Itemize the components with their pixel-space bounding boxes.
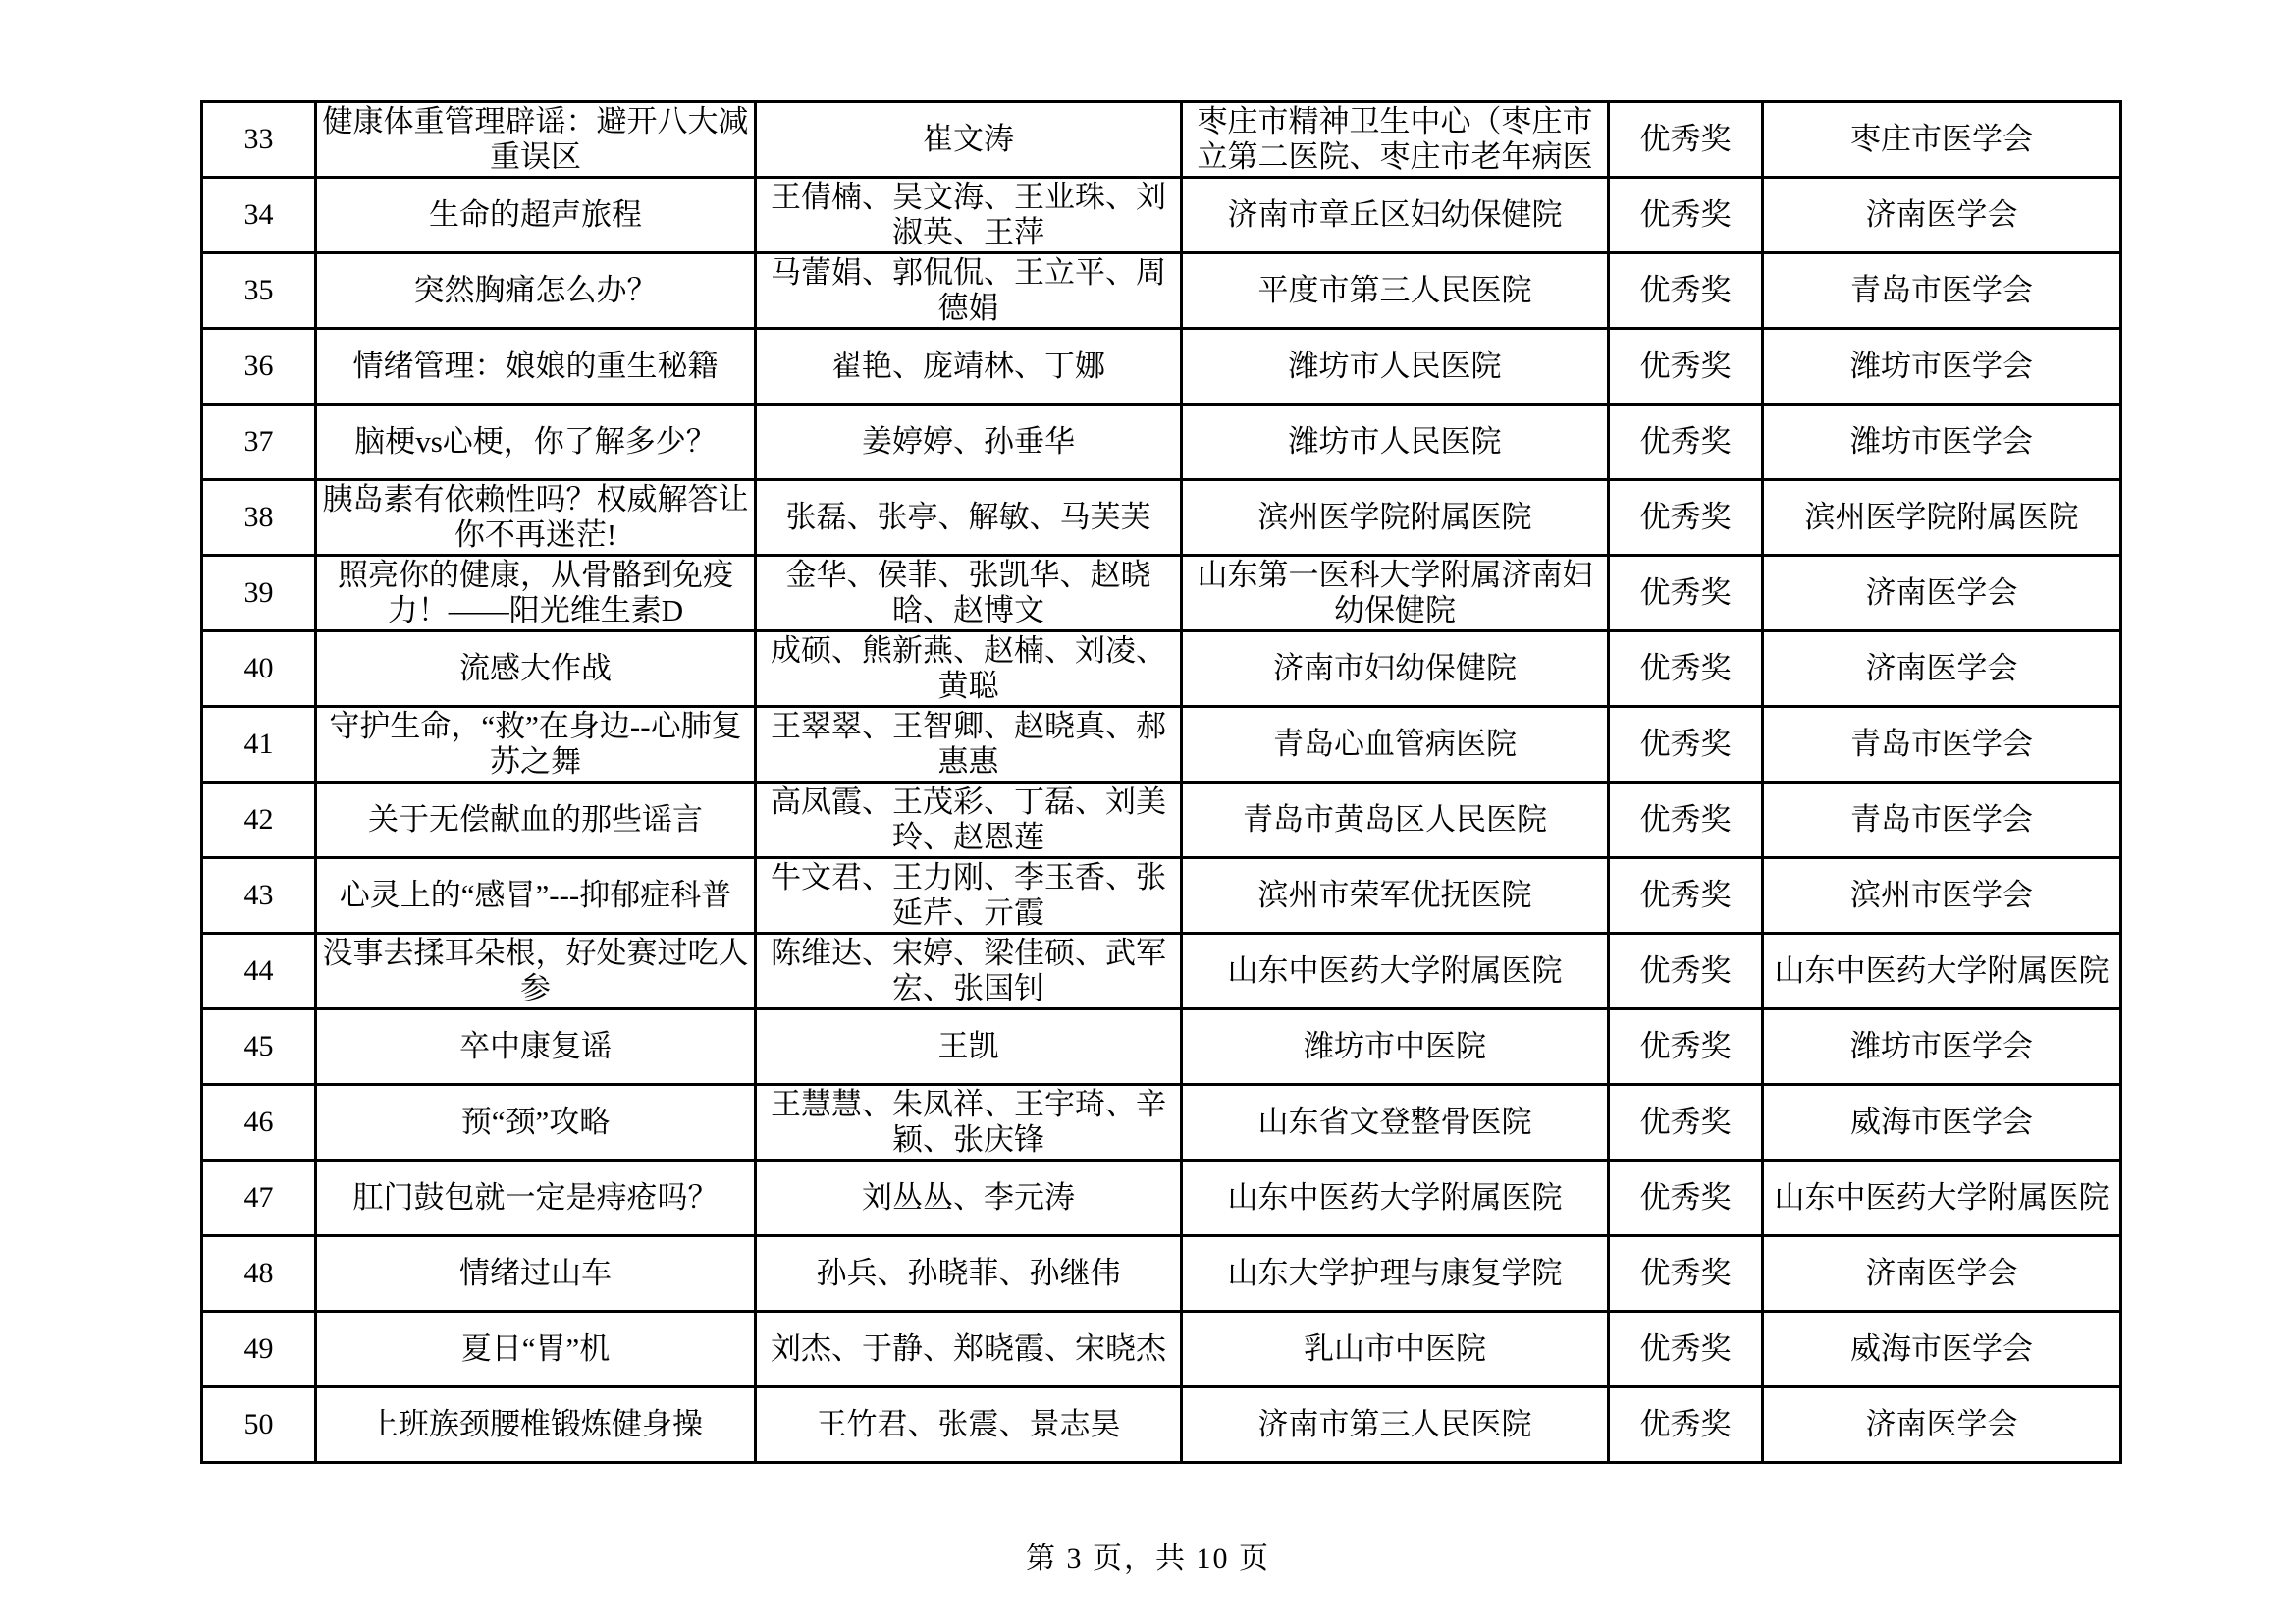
cell-authors: 崔文涛	[756, 102, 1182, 178]
cell-number: 39	[202, 556, 316, 631]
cell-unit: 济南市第三人民医院	[1182, 1387, 1609, 1463]
cell-recommender: 青岛市医学会	[1763, 253, 2121, 329]
cell-unit: 潍坊市人民医院	[1182, 329, 1609, 405]
table-row: 39照亮你的健康，从骨骼到免疫力！——阳光维生素D金华、侯菲、张凯华、赵晓晗、赵…	[202, 556, 2121, 631]
cell-recommender: 潍坊市医学会	[1763, 329, 2121, 405]
cell-recommender-text: 济南医学会	[1768, 197, 2115, 233]
cell-authors-text: 马蕾娟、郭侃侃、王立平、周德娟	[761, 255, 1176, 326]
cell-unit-text: 潍坊市人民医院	[1187, 424, 1603, 460]
cell-number-text: 41	[207, 727, 310, 762]
cell-authors-text: 成硕、熊新燕、赵楠、刘凌、黄聪	[761, 633, 1176, 704]
cell-authors: 王竹君、张震、景志昊	[756, 1387, 1182, 1463]
cell-recommender-text: 滨州市医学会	[1768, 878, 2115, 913]
cell-title: 情绪管理：娘娘的重生秘籍	[316, 329, 756, 405]
cell-title: 守护生命，“救”在身边--心肺复苏之舞	[316, 707, 756, 783]
cell-number-text: 44	[207, 953, 310, 989]
table-row: 40流感大作战成硕、熊新燕、赵楠、刘凌、黄聪济南市妇幼保健院优秀奖济南医学会	[202, 631, 2121, 707]
cell-number-text: 46	[207, 1105, 310, 1140]
cell-number: 48	[202, 1236, 316, 1312]
cell-title: 健康体重管理辟谣：避开八大减重误区	[316, 102, 756, 178]
cell-title: 生命的超声旅程	[316, 178, 756, 253]
cell-number-text: 50	[207, 1407, 310, 1442]
cell-authors: 高凤霞、王茂彩、丁磊、刘美玲、赵恩莲	[756, 783, 1182, 858]
cell-number: 34	[202, 178, 316, 253]
cell-recommender-text: 潍坊市医学会	[1768, 424, 2115, 460]
cell-number: 43	[202, 858, 316, 934]
cell-authors: 马蕾娟、郭侃侃、王立平、周德娟	[756, 253, 1182, 329]
table-row: 48情绪过山车孙兵、孙晓菲、孙继伟山东大学护理与康复学院优秀奖济南医学会	[202, 1236, 2121, 1312]
cell-number-text: 47	[207, 1180, 310, 1216]
table-row: 44没事去揉耳朵根，好处赛过吃人参陈维达、宋婷、梁佳硕、武军宏、张国钊山东中医药…	[202, 934, 2121, 1009]
cell-number-text: 35	[207, 273, 310, 308]
cell-award-text: 优秀奖	[1614, 424, 1757, 460]
cell-award: 优秀奖	[1609, 1085, 1763, 1161]
cell-award: 优秀奖	[1609, 707, 1763, 783]
table-row: 42关于无偿献血的那些谣言高凤霞、王茂彩、丁磊、刘美玲、赵恩莲青岛市黄岛区人民医…	[202, 783, 2121, 858]
cell-title-text: 守护生命，“救”在身边--心肺复苏之舞	[321, 709, 750, 780]
cell-unit: 山东大学护理与康复学院	[1182, 1236, 1609, 1312]
cell-title-text: 上班族颈腰椎锻炼健身操	[321, 1407, 750, 1442]
cell-authors-text: 王翠翠、王智卿、赵晓真、郝惠惠	[761, 709, 1176, 780]
cell-award: 优秀奖	[1609, 253, 1763, 329]
cell-award: 优秀奖	[1609, 329, 1763, 405]
cell-number-text: 39	[207, 575, 310, 611]
cell-authors: 金华、侯菲、张凯华、赵晓晗、赵博文	[756, 556, 1182, 631]
cell-unit-text: 潍坊市中医院	[1187, 1029, 1603, 1064]
cell-title: 脑梗vs心梗，你了解多少？	[316, 405, 756, 480]
cell-number-text: 33	[207, 122, 310, 157]
cell-title-text: 健康体重管理辟谣：避开八大减重误区	[321, 104, 750, 175]
cell-unit: 青岛市黄岛区人民医院	[1182, 783, 1609, 858]
cell-title-text: 关于无偿献血的那些谣言	[321, 802, 750, 838]
cell-title: 流感大作战	[316, 631, 756, 707]
cell-authors-text: 孙兵、孙晓菲、孙继伟	[761, 1256, 1176, 1291]
cell-number: 33	[202, 102, 316, 178]
cell-number: 36	[202, 329, 316, 405]
cell-recommender-text: 青岛市医学会	[1768, 802, 2115, 838]
cell-unit-text: 山东中医药大学附属医院	[1187, 953, 1603, 989]
cell-title-text: 心灵上的“感冒”---抑郁症科普	[321, 878, 750, 913]
cell-authors-text: 金华、侯菲、张凯华、赵晓晗、赵博文	[761, 558, 1176, 628]
cell-award-text: 优秀奖	[1614, 1331, 1757, 1367]
cell-title: 胰岛素有依赖性吗？权威解答让你不再迷茫!	[316, 480, 756, 556]
cell-recommender-text: 济南医学会	[1768, 651, 2115, 686]
cell-award-text: 优秀奖	[1614, 1180, 1757, 1216]
cell-title-text: 情绪过山车	[321, 1256, 750, 1291]
cell-unit: 乳山市中医院	[1182, 1312, 1609, 1387]
cell-unit-text: 山东第一医科大学附属济南妇幼保健院	[1187, 558, 1603, 628]
table-row: 45卒中康复谣王凯潍坊市中医院优秀奖潍坊市医学会	[202, 1009, 2121, 1085]
cell-authors: 刘杰、于静、郑晓霞、宋晓杰	[756, 1312, 1182, 1387]
cell-authors: 牛文君、王力刚、李玉香、张延芹、亓霞	[756, 858, 1182, 934]
cell-recommender-text: 山东中医药大学附属医院	[1768, 1180, 2115, 1216]
cell-recommender-text: 济南医学会	[1768, 1256, 2115, 1291]
cell-recommender: 滨州市医学会	[1763, 858, 2121, 934]
cell-authors-text: 王凯	[761, 1029, 1176, 1064]
cell-recommender-text: 滨州医学院附属医院	[1768, 500, 2115, 535]
page-indicator: 第 3 页，共 10 页	[0, 1534, 2296, 1577]
document-page: 33健康体重管理辟谣：避开八大减重误区崔文涛枣庄市精神卫生中心（枣庄市立第二医院…	[0, 0, 2296, 1624]
cell-recommender: 威海市医学会	[1763, 1085, 2121, 1161]
cell-award: 优秀奖	[1609, 1236, 1763, 1312]
cell-number-text: 37	[207, 424, 310, 460]
cell-award-text: 优秀奖	[1614, 197, 1757, 233]
cell-authors-text: 姜婷婷、孙垂华	[761, 424, 1176, 460]
table-row: 47肛门鼓包就一定是痔疮吗？刘丛丛、李元涛山东中医药大学附属医院优秀奖山东中医药…	[202, 1161, 2121, 1236]
cell-recommender-text: 济南医学会	[1768, 1407, 2115, 1442]
table-row: 33健康体重管理辟谣：避开八大减重误区崔文涛枣庄市精神卫生中心（枣庄市立第二医院…	[202, 102, 2121, 178]
cell-title-text: 肛门鼓包就一定是痔疮吗？	[321, 1180, 750, 1216]
awards-table-body: 33健康体重管理辟谣：避开八大减重误区崔文涛枣庄市精神卫生中心（枣庄市立第二医院…	[202, 102, 2121, 1463]
cell-authors: 张磊、张亭、解敏、马芙芙	[756, 480, 1182, 556]
cell-unit-text: 乳山市中医院	[1187, 1331, 1603, 1367]
cell-recommender-text: 威海市医学会	[1768, 1331, 2115, 1367]
cell-award: 优秀奖	[1609, 631, 1763, 707]
cell-number-text: 43	[207, 878, 310, 913]
cell-recommender: 青岛市医学会	[1763, 783, 2121, 858]
table-row: 49夏日“胃”机刘杰、于静、郑晓霞、宋晓杰乳山市中医院优秀奖威海市医学会	[202, 1312, 2121, 1387]
cell-unit-text: 济南市章丘区妇幼保健院	[1187, 197, 1603, 233]
cell-award-text: 优秀奖	[1614, 878, 1757, 913]
cell-authors: 王倩楠、吴文海、王业珠、刘淑英、王萍	[756, 178, 1182, 253]
table-row: 36情绪管理：娘娘的重生秘籍翟艳、庞靖林、丁娜潍坊市人民医院优秀奖潍坊市医学会	[202, 329, 2121, 405]
cell-recommender: 枣庄市医学会	[1763, 102, 2121, 178]
cell-title: 上班族颈腰椎锻炼健身操	[316, 1387, 756, 1463]
cell-unit: 潍坊市中医院	[1182, 1009, 1609, 1085]
cell-unit: 潍坊市人民医院	[1182, 405, 1609, 480]
cell-recommender-text: 山东中医药大学附属医院	[1768, 953, 2115, 989]
cell-unit-text: 滨州医学院附属医院	[1187, 500, 1603, 535]
cell-title: 突然胸痛怎么办？	[316, 253, 756, 329]
cell-unit-text: 山东中医药大学附属医院	[1187, 1180, 1603, 1216]
cell-title-text: 情绪管理：娘娘的重生秘籍	[321, 349, 750, 384]
cell-title-text: 没事去揉耳朵根，好处赛过吃人参	[321, 936, 750, 1006]
cell-recommender: 滨州医学院附属医院	[1763, 480, 2121, 556]
cell-title-text: 预“颈”攻略	[321, 1105, 750, 1140]
cell-number-text: 45	[207, 1029, 310, 1064]
cell-authors-text: 张磊、张亭、解敏、马芙芙	[761, 500, 1176, 535]
cell-award: 优秀奖	[1609, 178, 1763, 253]
cell-recommender: 潍坊市医学会	[1763, 1009, 2121, 1085]
table-row: 35突然胸痛怎么办？马蕾娟、郭侃侃、王立平、周德娟平度市第三人民医院优秀奖青岛市…	[202, 253, 2121, 329]
cell-award-text: 优秀奖	[1614, 1407, 1757, 1442]
cell-authors-text: 王竹君、张震、景志昊	[761, 1407, 1176, 1442]
cell-award: 优秀奖	[1609, 858, 1763, 934]
cell-title-text: 流感大作战	[321, 651, 750, 686]
cell-number: 35	[202, 253, 316, 329]
cell-number: 42	[202, 783, 316, 858]
cell-unit: 青岛心血管病医院	[1182, 707, 1609, 783]
cell-recommender-text: 枣庄市医学会	[1768, 122, 2115, 157]
cell-recommender-text: 青岛市医学会	[1768, 727, 2115, 762]
cell-title: 预“颈”攻略	[316, 1085, 756, 1161]
cell-number: 40	[202, 631, 316, 707]
cell-number: 41	[202, 707, 316, 783]
cell-unit: 山东省文登整骨医院	[1182, 1085, 1609, 1161]
cell-authors-text: 陈维达、宋婷、梁佳硕、武军宏、张国钊	[761, 936, 1176, 1006]
cell-recommender-text: 青岛市医学会	[1768, 273, 2115, 308]
cell-authors: 孙兵、孙晓菲、孙继伟	[756, 1236, 1182, 1312]
cell-award: 优秀奖	[1609, 1161, 1763, 1236]
cell-number: 38	[202, 480, 316, 556]
cell-number-text: 42	[207, 802, 310, 838]
cell-unit-text: 山东大学护理与康复学院	[1187, 1256, 1603, 1291]
cell-authors-text: 翟艳、庞靖林、丁娜	[761, 349, 1176, 384]
cell-award: 优秀奖	[1609, 1387, 1763, 1463]
cell-number-text: 48	[207, 1256, 310, 1291]
cell-award: 优秀奖	[1609, 102, 1763, 178]
cell-unit-text: 济南市第三人民医院	[1187, 1407, 1603, 1442]
cell-title-text: 夏日“胃”机	[321, 1331, 750, 1367]
cell-recommender: 青岛市医学会	[1763, 707, 2121, 783]
cell-number-text: 38	[207, 500, 310, 535]
cell-unit-text: 潍坊市人民医院	[1187, 349, 1603, 384]
cell-award-text: 优秀奖	[1614, 273, 1757, 308]
cell-title: 情绪过山车	[316, 1236, 756, 1312]
cell-award-text: 优秀奖	[1614, 1105, 1757, 1140]
cell-recommender: 济南医学会	[1763, 178, 2121, 253]
cell-recommender: 威海市医学会	[1763, 1312, 2121, 1387]
cell-award-text: 优秀奖	[1614, 349, 1757, 384]
cell-award-text: 优秀奖	[1614, 1256, 1757, 1291]
table-row: 37脑梗vs心梗，你了解多少？姜婷婷、孙垂华潍坊市人民医院优秀奖潍坊市医学会	[202, 405, 2121, 480]
cell-number: 46	[202, 1085, 316, 1161]
cell-authors: 刘丛丛、李元涛	[756, 1161, 1182, 1236]
cell-title-text: 照亮你的健康，从骨骼到免疫力！——阳光维生素D	[321, 558, 750, 628]
cell-recommender: 济南医学会	[1763, 631, 2121, 707]
table-row: 50上班族颈腰椎锻炼健身操王竹君、张震、景志昊济南市第三人民医院优秀奖济南医学会	[202, 1387, 2121, 1463]
cell-number: 49	[202, 1312, 316, 1387]
cell-title: 关于无偿献血的那些谣言	[316, 783, 756, 858]
cell-recommender: 济南医学会	[1763, 1387, 2121, 1463]
cell-authors-text: 刘丛丛、李元涛	[761, 1180, 1176, 1216]
cell-award: 优秀奖	[1609, 934, 1763, 1009]
cell-award-text: 优秀奖	[1614, 727, 1757, 762]
cell-award: 优秀奖	[1609, 556, 1763, 631]
table-row: 41守护生命，“救”在身边--心肺复苏之舞王翠翠、王智卿、赵晓真、郝惠惠青岛心血…	[202, 707, 2121, 783]
cell-unit-text: 济南市妇幼保健院	[1187, 651, 1603, 686]
cell-recommender-text: 潍坊市医学会	[1768, 1029, 2115, 1064]
cell-award-text: 优秀奖	[1614, 122, 1757, 157]
cell-authors-text: 高凤霞、王茂彩、丁磊、刘美玲、赵恩莲	[761, 785, 1176, 855]
cell-award: 优秀奖	[1609, 405, 1763, 480]
cell-unit: 山东中医药大学附属医院	[1182, 1161, 1609, 1236]
cell-authors: 王慧慧、朱凤祥、王宇琦、辛颖、张庆锋	[756, 1085, 1182, 1161]
cell-number: 44	[202, 934, 316, 1009]
cell-unit-text: 山东省文登整骨医院	[1187, 1105, 1603, 1140]
cell-number: 47	[202, 1161, 316, 1236]
cell-unit: 济南市妇幼保健院	[1182, 631, 1609, 707]
cell-title: 照亮你的健康，从骨骼到免疫力！——阳光维生素D	[316, 556, 756, 631]
cell-unit: 山东第一医科大学附属济南妇幼保健院	[1182, 556, 1609, 631]
cell-title-text: 脑梗vs心梗，你了解多少？	[321, 424, 750, 460]
cell-title-text: 生命的超声旅程	[321, 197, 750, 233]
cell-award-text: 优秀奖	[1614, 651, 1757, 686]
cell-title-text: 卒中康复谣	[321, 1029, 750, 1064]
cell-unit: 枣庄市精神卫生中心（枣庄市立第二医院、枣庄市老年病医	[1182, 102, 1609, 178]
cell-number-text: 49	[207, 1331, 310, 1367]
cell-authors: 王翠翠、王智卿、赵晓真、郝惠惠	[756, 707, 1182, 783]
cell-award-text: 优秀奖	[1614, 500, 1757, 535]
cell-title-text: 突然胸痛怎么办？	[321, 273, 750, 308]
cell-unit: 山东中医药大学附属医院	[1182, 934, 1609, 1009]
cell-title: 心灵上的“感冒”---抑郁症科普	[316, 858, 756, 934]
table-row: 34生命的超声旅程王倩楠、吴文海、王业珠、刘淑英、王萍济南市章丘区妇幼保健院优秀…	[202, 178, 2121, 253]
cell-recommender: 潍坊市医学会	[1763, 405, 2121, 480]
cell-recommender: 济南医学会	[1763, 556, 2121, 631]
cell-authors: 陈维达、宋婷、梁佳硕、武军宏、张国钊	[756, 934, 1182, 1009]
cell-unit: 济南市章丘区妇幼保健院	[1182, 178, 1609, 253]
cell-title: 卒中康复谣	[316, 1009, 756, 1085]
cell-unit: 平度市第三人民医院	[1182, 253, 1609, 329]
cell-recommender-text: 济南医学会	[1768, 575, 2115, 611]
cell-authors-text: 王倩楠、吴文海、王业珠、刘淑英、王萍	[761, 180, 1176, 250]
cell-recommender-text: 威海市医学会	[1768, 1105, 2115, 1140]
cell-unit-text: 青岛心血管病医院	[1187, 727, 1603, 762]
table-row: 46预“颈”攻略王慧慧、朱凤祥、王宇琦、辛颖、张庆锋山东省文登整骨医院优秀奖威海…	[202, 1085, 2121, 1161]
cell-authors-text: 崔文涛	[761, 122, 1176, 157]
cell-number-text: 40	[207, 651, 310, 686]
cell-unit-text: 枣庄市精神卫生中心（枣庄市立第二医院、枣庄市老年病医	[1187, 104, 1603, 175]
cell-title: 肛门鼓包就一定是痔疮吗？	[316, 1161, 756, 1236]
cell-unit-text: 平度市第三人民医院	[1187, 273, 1603, 308]
cell-title-text: 胰岛素有依赖性吗？权威解答让你不再迷茫!	[321, 482, 750, 553]
cell-recommender: 山东中医药大学附属医院	[1763, 934, 2121, 1009]
cell-authors-text: 王慧慧、朱凤祥、王宇琦、辛颖、张庆锋	[761, 1087, 1176, 1158]
cell-award: 优秀奖	[1609, 480, 1763, 556]
cell-number: 45	[202, 1009, 316, 1085]
cell-award: 优秀奖	[1609, 1312, 1763, 1387]
cell-award-text: 优秀奖	[1614, 575, 1757, 611]
cell-number: 37	[202, 405, 316, 480]
cell-award-text: 优秀奖	[1614, 802, 1757, 838]
cell-number: 50	[202, 1387, 316, 1463]
cell-authors-text: 牛文君、王力刚、李玉香、张延芹、亓霞	[761, 860, 1176, 931]
cell-number-text: 36	[207, 349, 310, 384]
cell-number-text: 34	[207, 197, 310, 233]
cell-title: 夏日“胃”机	[316, 1312, 756, 1387]
cell-unit: 滨州医学院附属医院	[1182, 480, 1609, 556]
cell-award: 优秀奖	[1609, 1009, 1763, 1085]
awards-table: 33健康体重管理辟谣：避开八大减重误区崔文涛枣庄市精神卫生中心（枣庄市立第二医院…	[200, 100, 2122, 1464]
cell-unit: 滨州市荣军优抚医院	[1182, 858, 1609, 934]
cell-award: 优秀奖	[1609, 783, 1763, 858]
cell-authors: 成硕、熊新燕、赵楠、刘凌、黄聪	[756, 631, 1182, 707]
cell-title: 没事去揉耳朵根，好处赛过吃人参	[316, 934, 756, 1009]
cell-recommender-text: 潍坊市医学会	[1768, 349, 2115, 384]
cell-recommender: 山东中医药大学附属医院	[1763, 1161, 2121, 1236]
cell-award-text: 优秀奖	[1614, 1029, 1757, 1064]
cell-recommender: 济南医学会	[1763, 1236, 2121, 1312]
cell-authors: 王凯	[756, 1009, 1182, 1085]
table-row: 43心灵上的“感冒”---抑郁症科普牛文君、王力刚、李玉香、张延芹、亓霞滨州市荣…	[202, 858, 2121, 934]
cell-authors: 姜婷婷、孙垂华	[756, 405, 1182, 480]
cell-unit-text: 滨州市荣军优抚医院	[1187, 878, 1603, 913]
cell-authors-text: 刘杰、于静、郑晓霞、宋晓杰	[761, 1331, 1176, 1367]
table-row: 38胰岛素有依赖性吗？权威解答让你不再迷茫!张磊、张亭、解敏、马芙芙滨州医学院附…	[202, 480, 2121, 556]
cell-unit-text: 青岛市黄岛区人民医院	[1187, 802, 1603, 838]
cell-award-text: 优秀奖	[1614, 953, 1757, 989]
cell-authors: 翟艳、庞靖林、丁娜	[756, 329, 1182, 405]
